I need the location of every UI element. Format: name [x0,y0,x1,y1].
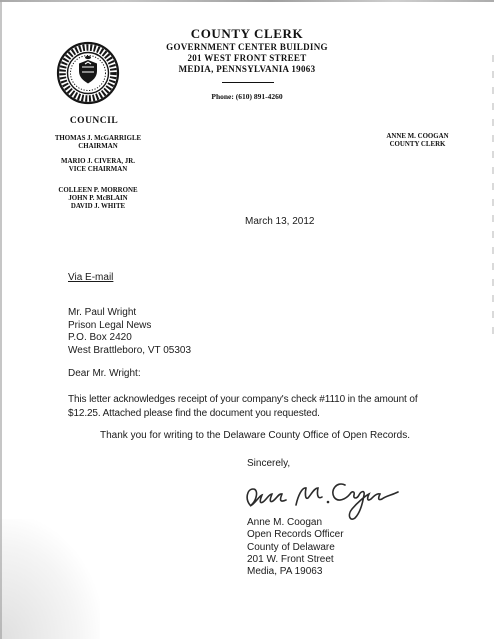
signer-block: Anne M. Coogan Open Records Officer Coun… [247,517,344,578]
body-paragraph-2: Thank you for writing to the Delaware Co… [100,430,410,441]
recipient-address-block: Mr. Paul Wright Prison Legal News P.O. B… [68,307,191,358]
signer-title: Open Records Officer [247,529,344,541]
body-paragraph-1: This letter acknowledges receipt of your… [68,393,420,420]
recipient-org: Prison Legal News [68,320,191,333]
clerk-block: ANNE M. COOGAN COUNTY CLERK [345,133,490,149]
council-member-name: DAVID J. WHITE [22,203,174,211]
closing: Sincerely, [247,458,290,469]
signer-street: 201 W. Front Street [247,554,344,566]
county-seal-icon [56,41,120,105]
salutation: Dear Mr. Wright: [68,368,141,379]
council-member-list: THOMAS J. McGARRIGLE CHAIRMAN MARIO J. C… [22,135,174,210]
recipient-name: Mr. Paul Wright [68,307,191,320]
letterhead-org-title: COUNTY CLERK [0,26,494,42]
council-heading: COUNCIL [38,116,150,126]
signer-name: Anne M. Coogan [247,517,344,529]
scan-artifact-top-edge [0,0,494,2]
letterhead-divider [222,82,274,83]
scanned-letter-page: COUNTY CLERK GOVERNMENT CENTER BUILDING … [0,0,494,639]
scan-artifact-corner-noise [0,519,100,639]
council-member-name: COLLEEN P. MORRONE [22,187,174,195]
recipient-city-state-zip: West Brattleboro, VT 05303 [68,345,191,358]
clerk-title: COUNTY CLERK [345,141,490,149]
delivery-method: Via E-mail [68,272,113,283]
council-member-name: THOMAS J. McGARRIGLE [22,135,174,143]
council-member-title: VICE CHAIRMAN [22,166,174,174]
recipient-po-box: P.O. Box 2420 [68,332,191,345]
signer-city-state-zip: Media, PA 19063 [247,566,344,578]
council-member-title: CHAIRMAN [22,143,174,151]
council-member-name: MARIO J. CIVERA, JR. [22,158,174,166]
clerk-name: ANNE M. COOGAN [345,133,490,141]
letter-date: March 13, 2012 [245,216,315,227]
signer-org: County of Delaware [247,542,344,554]
council-member-name: JOHN P. McBLAIN [22,195,174,203]
